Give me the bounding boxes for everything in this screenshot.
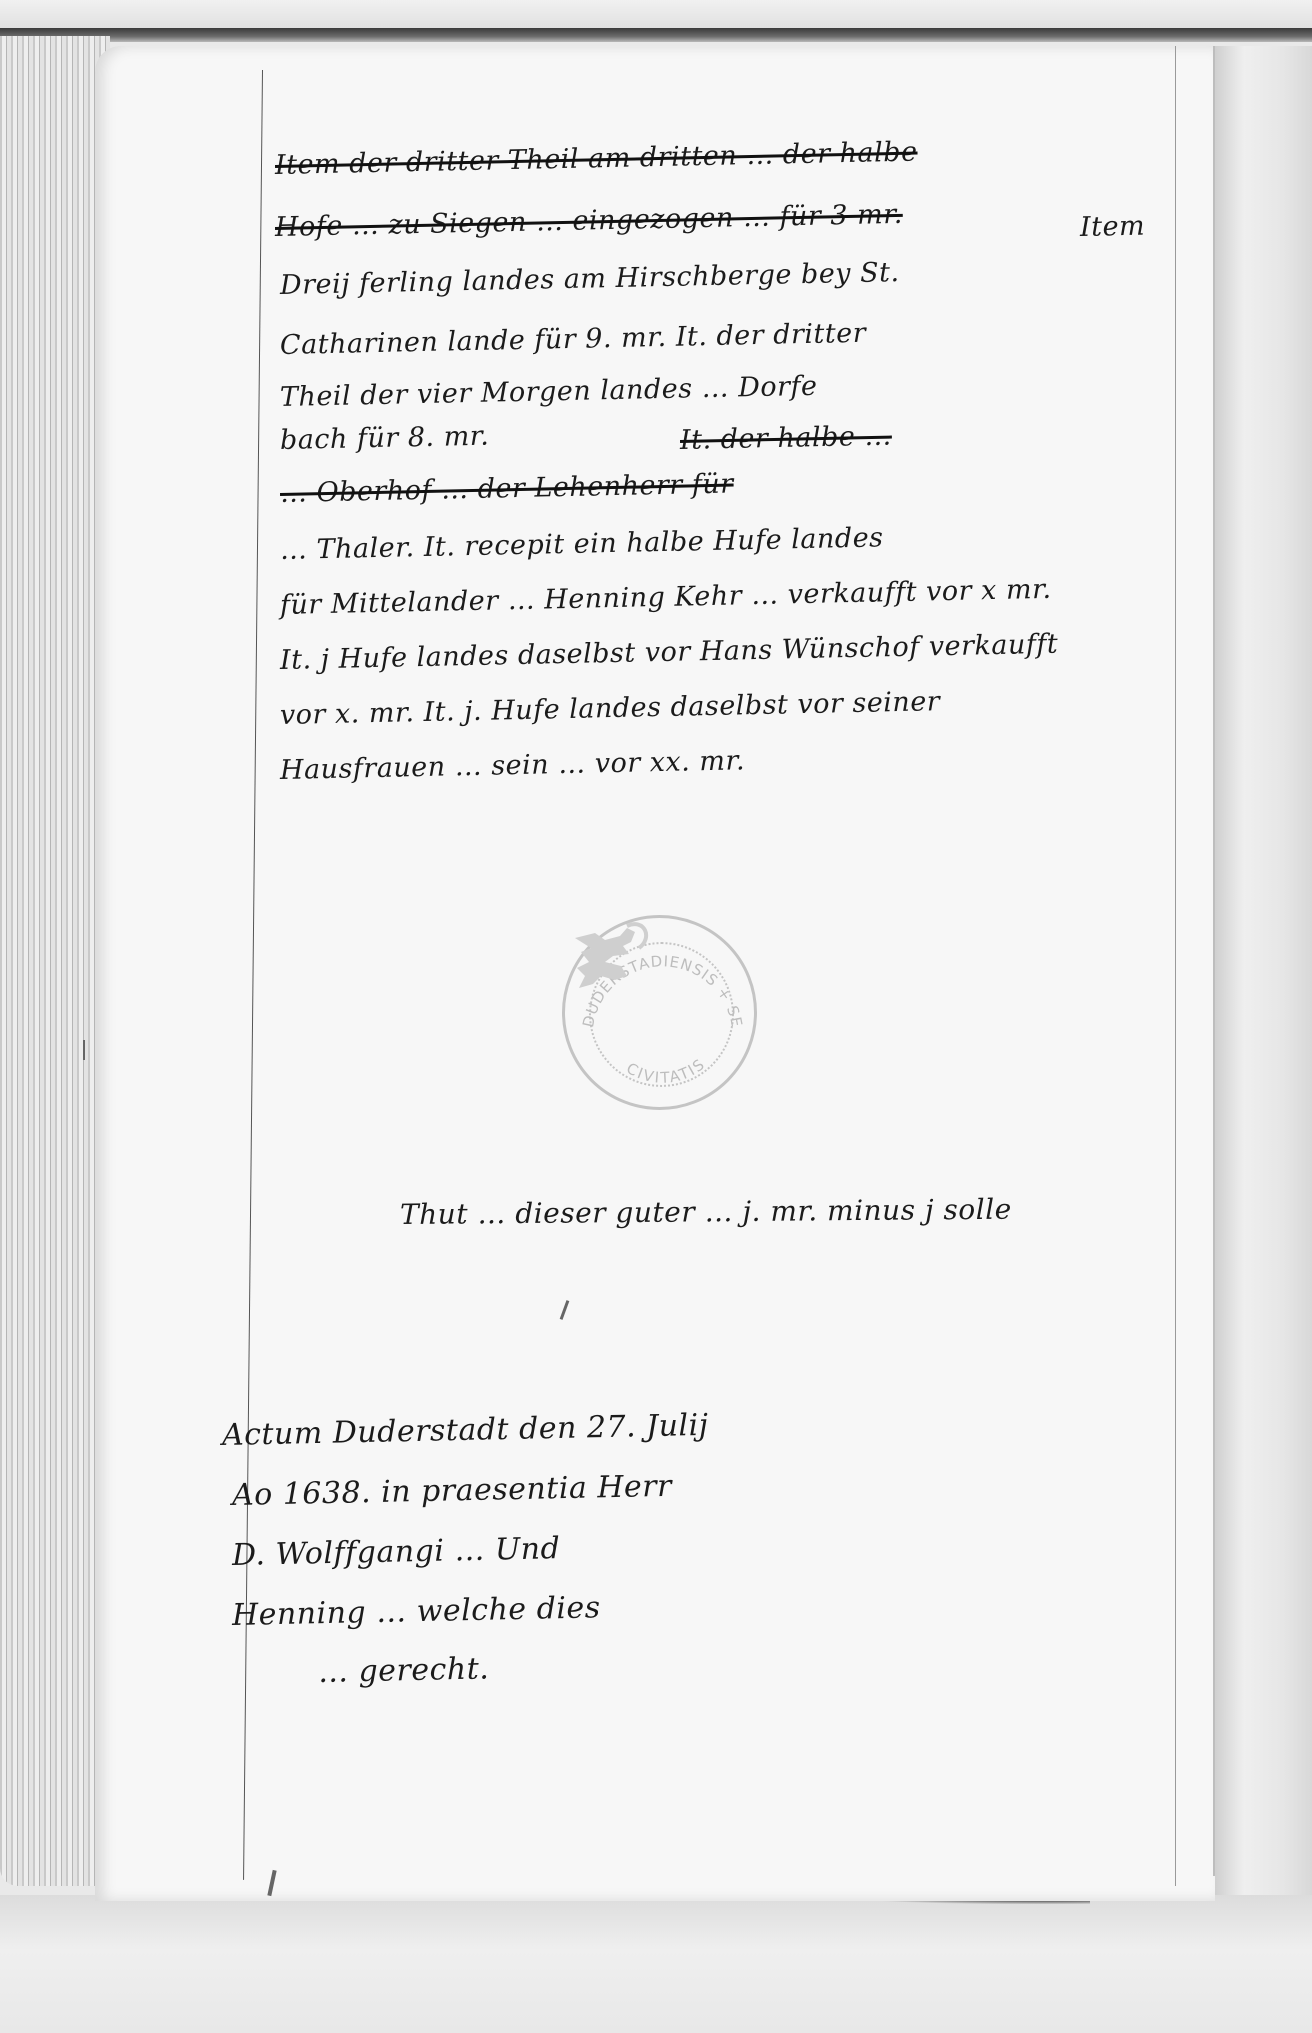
struck-line-3: It. der halbe …	[680, 421, 893, 456]
right-margin-rule	[1175, 46, 1176, 1886]
ink-mark	[83, 1040, 85, 1060]
facing-page	[1215, 46, 1312, 1896]
page-edge-line	[1213, 46, 1215, 1876]
svg-text:CIVITATIS: CIVITATIS	[623, 1055, 709, 1087]
lion-icon	[565, 918, 655, 998]
entry-line-0: Item	[1080, 211, 1146, 243]
entry-line-4: bach für 8. mr.	[280, 421, 490, 456]
page-stack-edge	[0, 36, 110, 1886]
background-bottom	[0, 1895, 1312, 2033]
attestation-line-5: … gerecht.	[318, 1651, 490, 1690]
book-top-edge	[0, 28, 1312, 42]
city-seal-stamp: DUDERSTADIENSIS + SECRETUM CIVITATIS	[562, 915, 757, 1110]
attestation-line-3: D. Wolffgangi … Und	[232, 1531, 561, 1573]
summary-line: Thut … dieser guter … j. mr. minus j sol…	[400, 1193, 1012, 1231]
